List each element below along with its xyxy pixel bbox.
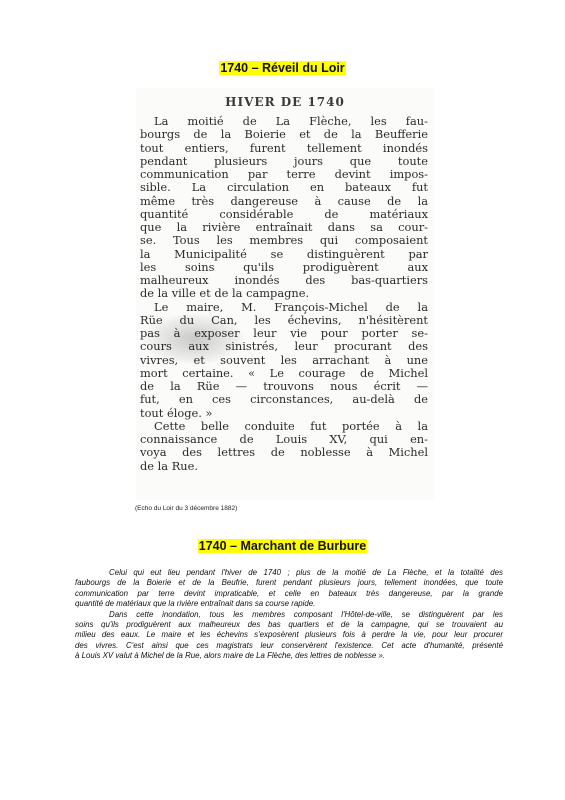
article-line: soins qu'ils prodiguèrent aux malheureux… (75, 620, 503, 630)
clipping-line: de la Rue. (140, 460, 428, 473)
clipping-line: Cette belle conduite fut portée à la (140, 420, 428, 433)
clipping-line: vivres, et souvent les arrachant à une (140, 354, 428, 367)
article-body: Celui qui eut lieu pendant l'hiver de 17… (75, 568, 503, 662)
clipping-line: tout entiers, furent tellement inondés (140, 142, 428, 155)
clipping-line: communication par terre devint impos- (140, 168, 428, 181)
clipping-caption: (Echo du Loir du 3 décembre 1882) (135, 505, 237, 512)
article-line: à Louis XV valut à Michel de la Rue, alo… (75, 651, 503, 661)
clipping-line: les soins qu'ils prodiguèrent aux (140, 261, 428, 274)
article-line: des vivres. C'est ainsi que ces magistra… (75, 641, 503, 651)
clipping-line: se. Tous les membres qui composaient (140, 234, 428, 247)
clipping-line: de la ville et de la campagne. (140, 287, 428, 300)
newspaper-clipping: HIVER DE 1740 La moitié de La Flèche, le… (136, 88, 434, 500)
article-line: communication par terre devint impratica… (75, 589, 503, 599)
clipping-line: mort certaine. « Le courage de Michel (140, 367, 428, 380)
section-title-reveil-du-loir: 1740 – Réveil du Loir (0, 61, 565, 76)
clipping-heading: HIVER DE 1740 (136, 95, 434, 109)
clipping-line: que la rivière entraînait dans sa cour- (140, 221, 428, 234)
clipping-line: La moitié de La Flèche, les fau- (140, 115, 428, 128)
article-line: quantité de matériaux que la rivière ent… (75, 599, 503, 609)
clipping-line: pendant plusieurs jours que toute (140, 155, 428, 168)
section-title-marchant-de-burbure: 1740 – Marchant de Burbure (0, 539, 565, 554)
clipping-line: de la Rüe — trouvons nous écrit — (140, 380, 428, 393)
clipping-line: malheureux inondés des bas-quartiers (140, 274, 428, 287)
article-line: faubourgs de la Boierie et de la Beufrie… (75, 578, 503, 588)
article-line: milieu des eaux. Le maire et les échevin… (75, 630, 503, 640)
article-line: Dans cette inondation, tous les membres … (75, 610, 503, 620)
clipping-body: La moitié de La Flèche, les fau- bourgs … (140, 115, 428, 473)
clipping-line: connaissance de Louis XV, qui en- (140, 433, 428, 446)
article-line: Celui qui eut lieu pendant l'hiver de 17… (75, 568, 503, 578)
document-page: 1740 – Réveil du Loir HIVER DE 1740 La m… (0, 0, 565, 800)
clipping-line: quantité considérable de matériaux (140, 208, 428, 221)
clipping-line: bourgs de la Boierie et de la Beufferie (140, 128, 428, 141)
highlighted-title: 1740 – Réveil du Loir (219, 61, 345, 75)
clipping-line: même très dangereuse à cause de la (140, 195, 428, 208)
clipping-line: Le maire, M. François-Michel de la (140, 301, 428, 314)
highlighted-title: 1740 – Marchant de Burbure (198, 539, 367, 553)
clipping-line: sible. La circulation en bateaux fut (140, 181, 428, 194)
clipping-line: la Municipalité se distinguèrent par (140, 248, 428, 261)
clipping-line: pas à exposer leur vie pour porter se- (140, 327, 428, 340)
clipping-line: cours aux sinistrés, leur procurant des (140, 340, 428, 353)
clipping-line: Rüe du Can, les échevins, n'hésitèrent (140, 314, 428, 327)
clipping-line: tout éloge. » (140, 407, 428, 420)
clipping-line: fut, en ces circonstances, au-delà de (140, 393, 428, 406)
clipping-line: voya des lettres de noblesse à Michel (140, 446, 428, 459)
